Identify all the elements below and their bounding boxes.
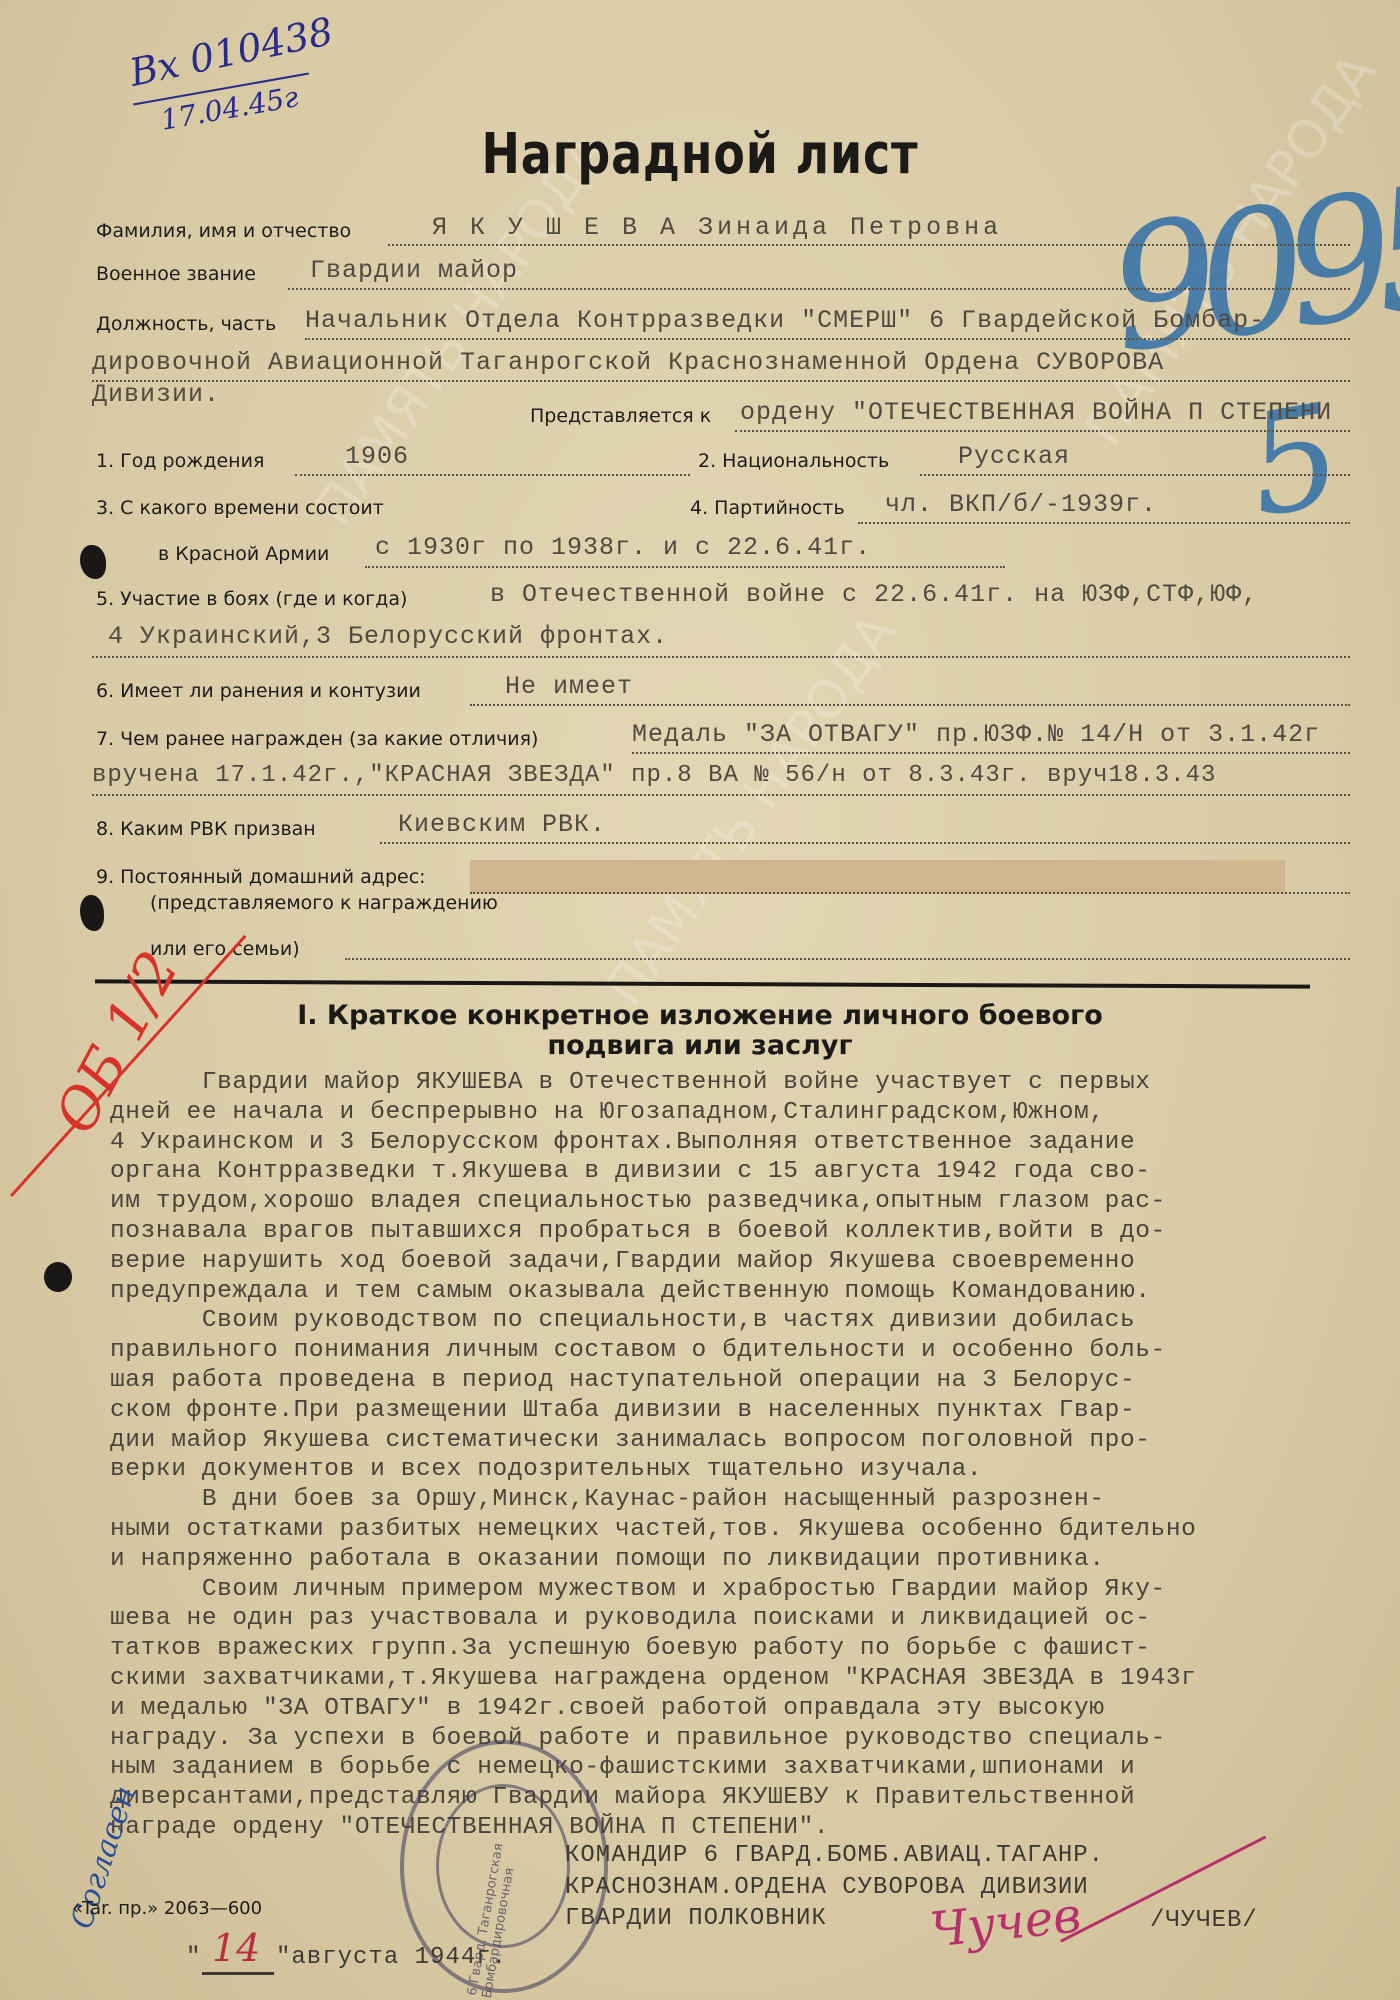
- signatory-name: /ЧУЧЕВ/: [1150, 1905, 1258, 1936]
- fio-line: [388, 244, 1350, 246]
- battles-line: [92, 656, 1350, 658]
- nationality-label: 2. Национальность: [698, 450, 889, 472]
- body-line: Своим личным примером мужеством и храбро…: [110, 1575, 1370, 1605]
- rank-value: Гвардии майор: [310, 256, 518, 285]
- binding-hole: [44, 1262, 72, 1292]
- date-suffix: "августа 1944г.: [276, 1942, 507, 1973]
- service-since-label: 3. С какого времени состоит: [96, 497, 384, 519]
- date-prefix: ": [186, 1942, 201, 1973]
- birth-year-label: 1. Год рождения: [96, 450, 264, 472]
- binding-hole: [80, 895, 104, 931]
- body-line: и напряженно работала в оказании помощи …: [110, 1545, 1370, 1575]
- nationality-line: [920, 474, 1350, 476]
- red-army-value: с 1930г по 1938г. и с 22.6.41г.: [375, 533, 871, 562]
- nominated-value: ордену "ОТЕЧЕСТВЕННАЯ ВОЙНА П СТЕПЕНИ: [740, 398, 1332, 427]
- position-label: Должность, часть: [96, 313, 276, 335]
- nominated-line: [735, 430, 1350, 432]
- red-army-line: [365, 566, 1005, 568]
- signature-line-1: КОМАНДИР 6 ГВАРД.БОМБ.АВИАЦ.ТАГАНР.: [565, 1840, 1104, 1871]
- party-label: 4. Партийность: [690, 497, 845, 519]
- red-army-label: в Красной Армии: [158, 543, 329, 565]
- position-line-2: [92, 380, 1350, 382]
- body-line: татков вражеских групп.За успешную боеву…: [110, 1634, 1370, 1664]
- incoming-number: Вх 010438: [126, 9, 337, 95]
- body-line: Гвардии майор ЯКУШЕВА в Отечественной во…: [110, 1068, 1370, 1098]
- birth-year-line: [295, 474, 690, 476]
- fio-label: Фамилия, имя и отчество: [96, 220, 351, 242]
- section-divider: [95, 979, 1310, 988]
- body-line: верки документов и всех подозрительных т…: [110, 1455, 1370, 1485]
- binding-hole: [80, 545, 106, 579]
- wounds-line: [470, 704, 1350, 706]
- signature-line-3: ГВАРДИИ ПОЛКОВНИК: [565, 1903, 827, 1934]
- prior-awards-label: 7. Чем ранее награжден (за какие отличия…: [96, 728, 538, 750]
- body-line: и медалью "ЗА ОТВАГУ" в 1942г.своей рабо…: [110, 1694, 1370, 1724]
- rank-line: [288, 288, 1350, 290]
- prior-awards-line-1: [632, 752, 1350, 754]
- body-line: правильного понимания личным составом о …: [110, 1336, 1370, 1366]
- battles-label: 5. Участие в боях (где и когда): [96, 588, 407, 610]
- address-redaction: [470, 860, 1285, 894]
- body-line: предупреждала и тем самым оказывала дейс…: [110, 1277, 1370, 1307]
- address-label: 9. Постоянный домашний адрес:: [96, 866, 426, 888]
- position-line-1: [305, 338, 1350, 340]
- party-value: чл. ВКП/б/-1939г.: [885, 490, 1157, 519]
- page-title: Наградной лист: [126, 122, 1274, 187]
- section-title-1: I. Краткое конкретное изложение личного …: [0, 1000, 1400, 1032]
- address-sub-1: (представляемого к награждению: [150, 892, 498, 914]
- wounds-label: 6. Имеет ли ранения и контузии: [96, 680, 421, 702]
- body-line: ными остатками разбитых немецких частей,…: [110, 1515, 1370, 1545]
- battles-value-2: 4 Украинский,3 Белорусский фронтах.: [108, 622, 668, 651]
- rvk-label: 8. Каким РВК призван: [96, 818, 316, 840]
- nationality-value: Русская: [958, 442, 1070, 471]
- body-line: дней ее начала и беспрерывно на Югозапад…: [110, 1098, 1370, 1128]
- body-line: скими захватчиками,т.Якушева награждена …: [110, 1664, 1370, 1694]
- merit-description: Гвардии майор ЯКУШЕВА в Отечественной во…: [110, 1068, 1370, 1843]
- position-value-1: Начальник Отдела Контрразведки "СМЕРШ" 6…: [305, 306, 1265, 335]
- body-line: ском фронте.При размещении Штаба дивизии…: [110, 1396, 1370, 1426]
- wounds-value: Не имеет: [505, 672, 633, 701]
- print-mark: «Tar. пр.» 2063—600: [72, 1898, 262, 1919]
- body-line: диверсантами,представляю Гвардии майора …: [110, 1783, 1370, 1813]
- award-sheet-page: ПАМЯТЬ НАРОДА ПАМЯТЬ НАРОДА ПАМЯТЬ НАРОД…: [0, 0, 1400, 2000]
- body-line: шева не один раз участвовала и руководил…: [110, 1604, 1370, 1634]
- date-day-underline: [202, 1972, 274, 1975]
- body-line: награду. За успехи в боевой работе и пра…: [110, 1724, 1370, 1754]
- body-line: верие нарушить ход боевой задачи,Гвардии…: [110, 1247, 1370, 1277]
- rvk-value: Киевским РВК.: [398, 810, 606, 839]
- body-line: Своим руководством по специальности,в ча…: [110, 1306, 1370, 1336]
- address-line-2: [345, 958, 1350, 960]
- address-line: [470, 892, 1350, 894]
- prior-awards-line-2: [92, 794, 1350, 796]
- body-line: им трудом,хорошо владея специальностью р…: [110, 1187, 1370, 1217]
- body-line: награде ордену "ОТЕЧЕСТВЕННАЯ ВОЙНА П СТ…: [110, 1813, 1370, 1843]
- body-line: 4 Украинском и 3 Белорусском фронтах.Вып…: [110, 1128, 1370, 1158]
- birth-year-value: 1906: [345, 442, 409, 471]
- battles-value-1: в Отечественной войне с 22.6.41г. на ЮЗФ…: [490, 580, 1258, 609]
- body-line: органа Контрразведки т.Якушева в дивизии…: [110, 1157, 1370, 1187]
- body-line: дии майор Якушева систематически занимал…: [110, 1426, 1370, 1456]
- body-line: В дни боев за Оршу,Минск,Каунас-район на…: [110, 1485, 1370, 1515]
- rank-label: Военное звание: [96, 263, 256, 285]
- date-day: 14: [212, 1926, 260, 1970]
- party-line: [858, 522, 1350, 524]
- body-line: познавала врагов пытавшихся пробраться в…: [110, 1217, 1370, 1247]
- watermark: ПАМЯТЬ НАРОДА: [594, 603, 909, 1017]
- position-value-3: Дивизии.: [92, 380, 220, 409]
- body-line: шая работа проведена в период наступател…: [110, 1366, 1370, 1396]
- position-value-2: дировочной Авиационной Таганрогской Крас…: [92, 348, 1164, 377]
- prior-awards-value-1: Медаль "ЗА ОТВАГУ" пр.ЮЗФ.№ 14/Н от 3.1.…: [632, 720, 1320, 749]
- nominated-label: Представляется к: [530, 405, 711, 427]
- fio-value: Я К У Ш Е В А Зинаида Петровна: [432, 213, 1002, 242]
- prior-awards-value-2: вручена 17.1.42г.,"КРАСНАЯ ЗВЕЗДА" пр.8 …: [92, 762, 1216, 789]
- rvk-line: [380, 842, 1350, 844]
- section-title-2: подвига или заслуг: [0, 1030, 1400, 1062]
- body-line: ным заданием в борьбе с немецко-фашистск…: [110, 1753, 1370, 1783]
